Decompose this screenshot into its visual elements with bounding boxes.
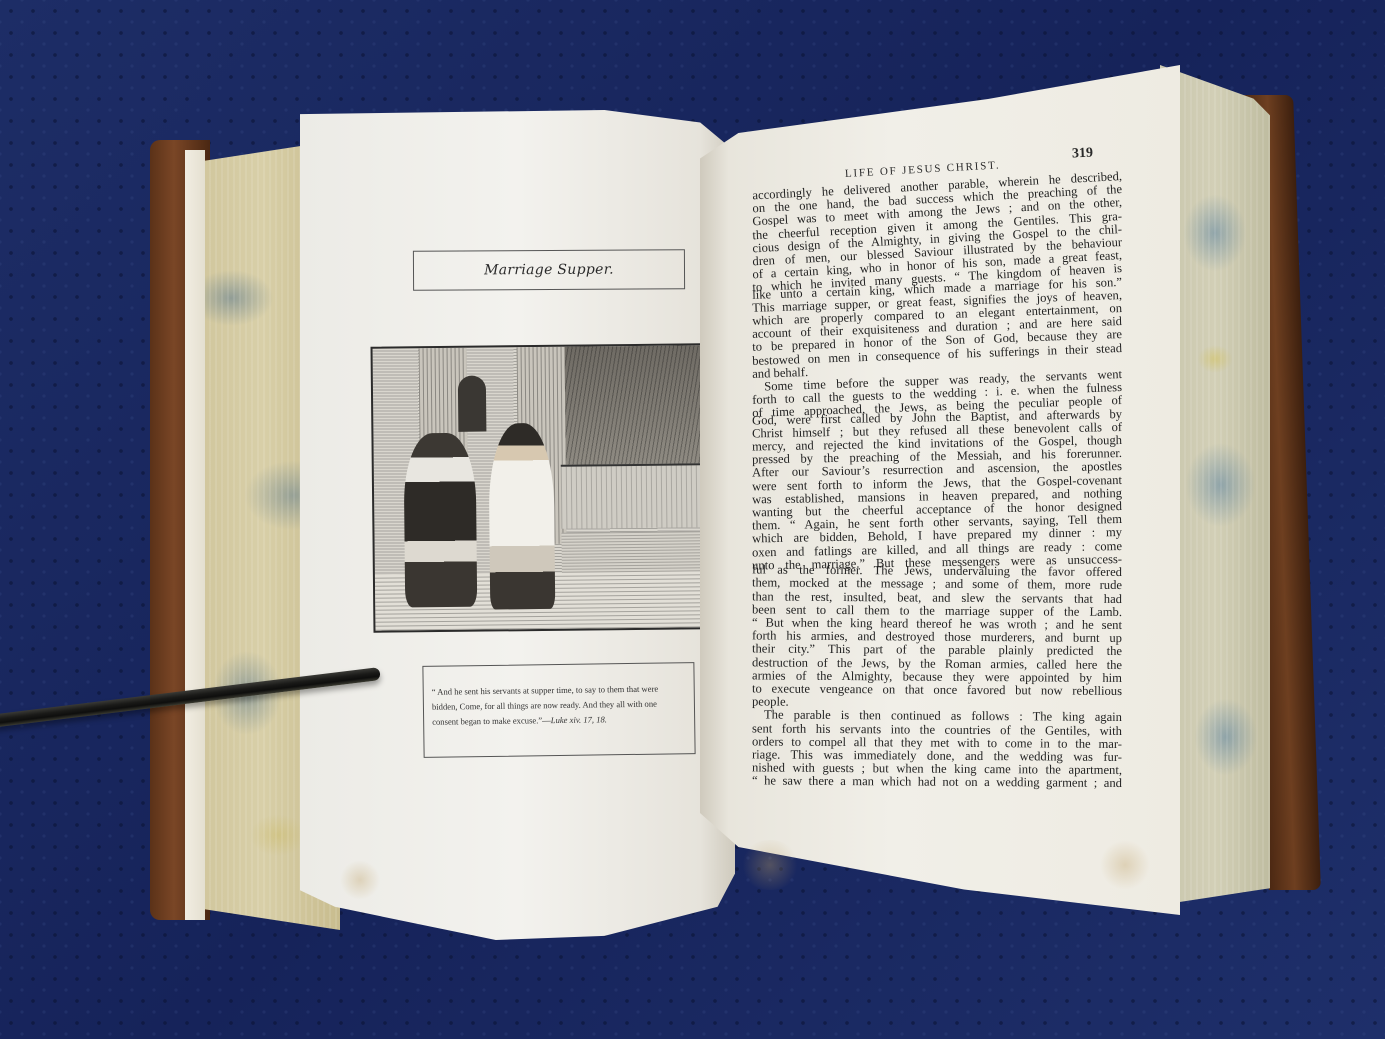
text-line: “ he saw there a man which had not on a … (752, 775, 1122, 791)
page-body-text: accordingly he delivered another parable… (752, 170, 1122, 791)
foxing-stain (1100, 840, 1150, 890)
plate-title: Marriage Supper. (484, 262, 614, 279)
plate-caption-text: “ And he sent his servants at supper tim… (432, 684, 659, 727)
book-photo-scene: Marriage Supper. “ And he sent his serva… (0, 0, 1385, 1039)
foxing-stain (740, 840, 800, 890)
plate-caption-reference: Luke xiv. 17, 18. (551, 714, 607, 725)
engraving-statue-niche (458, 376, 487, 432)
engraving-illustration (371, 343, 706, 632)
engraving-banquet-table (561, 464, 703, 530)
engraving-step (561, 531, 702, 572)
engraving-figure-gesturing-servant (488, 423, 556, 610)
plate-title-box: Marriage Supper. (413, 249, 685, 290)
plate-caption-box: “ And he sent his servants at supper tim… (422, 662, 695, 758)
engraving-figure-cloaked-servant (403, 432, 477, 608)
page-number: 319 (1072, 146, 1094, 163)
foxing-stain (340, 860, 380, 900)
endpaper-edge-left (185, 150, 205, 920)
